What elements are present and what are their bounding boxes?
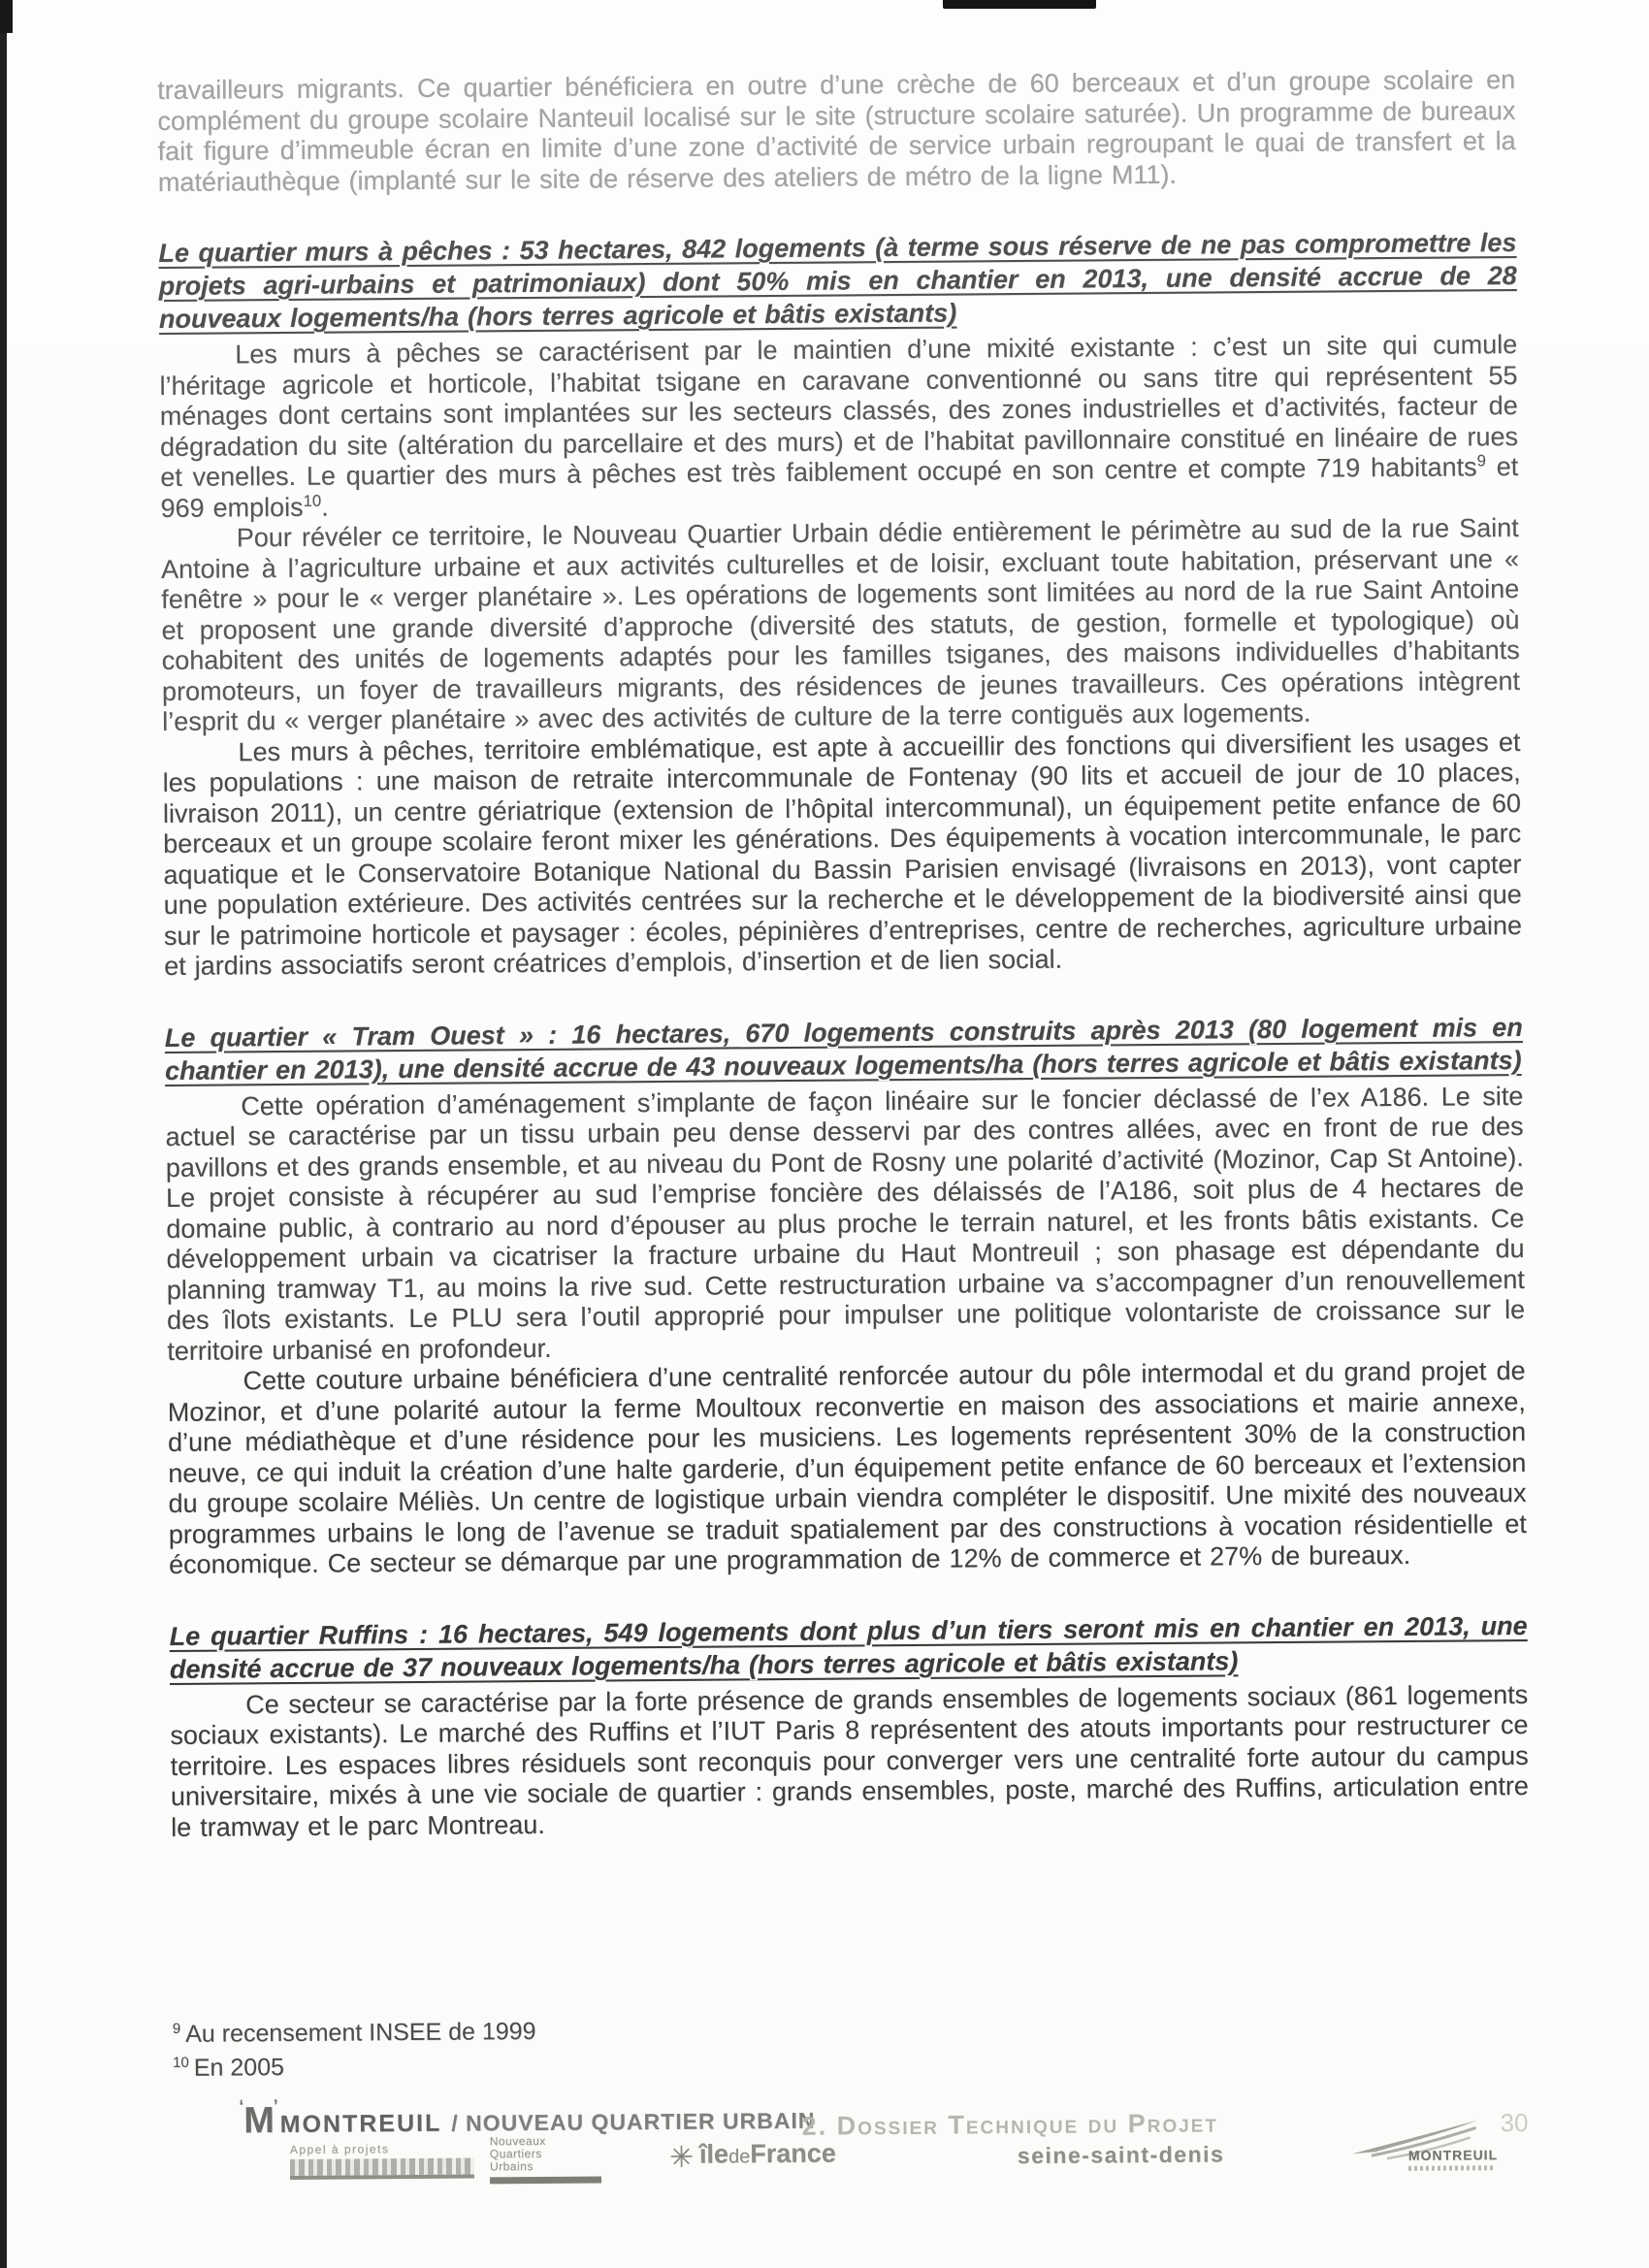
heading-quartier-ruffins: Le quartier Ruffins : 16 hectares, 549 l… [169,1608,1527,1685]
paragraph-text: . [321,492,329,521]
paragraph-text: Les murs à pêches se caractérisent par l… [159,330,1518,492]
document-body: travailleurs migrants. Ce quartier bénéf… [157,65,1533,2268]
montreuil-ville-logo: MONTREUIL [1342,2116,1527,2171]
scan-artifact-left-edge [0,0,7,2268]
ile-de-france-star-icon: ✳ [669,2142,694,2174]
nqu-bar-icon [490,2176,601,2184]
footnote-10: 10En 2005 [173,2045,1046,2086]
nouveaux-quartiers-urbains-logo: Nouveaux Quartiers Urbains [490,2134,601,2184]
paragraph-murs-a-peches-3: Les murs à pêches, territoire emblématiq… [162,727,1522,982]
page-number: 30 [1500,2108,1528,2138]
montreuil-logo-label: MONTREUIL [1408,2147,1527,2163]
scan-artifact-corner [0,0,13,33]
idf-text-france: France [750,2139,836,2169]
montreuil-logo-subtext [1408,2165,1496,2171]
appel-a-projets-logo: Appel à projets [290,2141,474,2179]
footer-section-title: 2. Dossier Technique du Projet [802,2108,1219,2141]
footnote-10-text: En 2005 [194,2054,284,2082]
nqu-line-3: Urbains [490,2159,601,2173]
paragraph-continuation: travailleurs migrants. Ce quartier bénéf… [157,65,1516,198]
appel-a-projets-label: Appel à projets [290,2141,474,2155]
footnote-ref-9: 9 [1476,451,1485,470]
page-footer: ‘M’MONTREUIL/ NOUVEAU QUARTIER URBAIN Ap… [173,2083,1532,2268]
footnote-9-number: 9 [173,2021,180,2037]
brand-m-close-quote: ’ [274,2096,278,2115]
heading-quartier-tram-ouest: Le quartier « Tram Ouest » : 16 hectares… [165,1010,1523,1086]
footnote-ref-10: 10 [303,491,321,509]
heading-quartier-murs-a-peches: Le quartier murs à pêches : 53 hectares,… [158,226,1517,336]
scanned-document-page: travailleurs migrants. Ce quartier bénéf… [0,0,1649,2268]
paragraph-ruffins-1: Ce secteur se caractérise par la forte p… [170,1679,1529,1842]
skyline-icon [290,2157,474,2179]
paragraph-tram-ouest-2: Cette couture urbaine bénéficiera d’une … [167,1356,1527,1580]
seine-saint-denis-logo: seine-saint-denis [1018,2141,1225,2169]
paragraph-murs-a-peches-1: Les murs à pêches se caractérisent par l… [159,330,1518,524]
scan-artifact-top-bar [943,0,1096,9]
footnote-9-text: Au recensement INSEE de 1999 [185,2018,536,2048]
idf-text-de: de [728,2146,750,2167]
paragraph-tram-ouest-1: Cette opération d’aménagement s’implante… [165,1081,1525,1366]
idf-text-ile: île [699,2139,728,2168]
footnote-10-number: 10 [173,2054,189,2070]
footnotes: 9Au recensement INSEE de 1999 10En 2005 [173,2011,1047,2086]
ile-de-france-logo: ✳îledeFrance [669,2139,836,2175]
paragraph-murs-a-peches-2: Pour révéler ce territoire, le Nouveau Q… [161,513,1521,737]
